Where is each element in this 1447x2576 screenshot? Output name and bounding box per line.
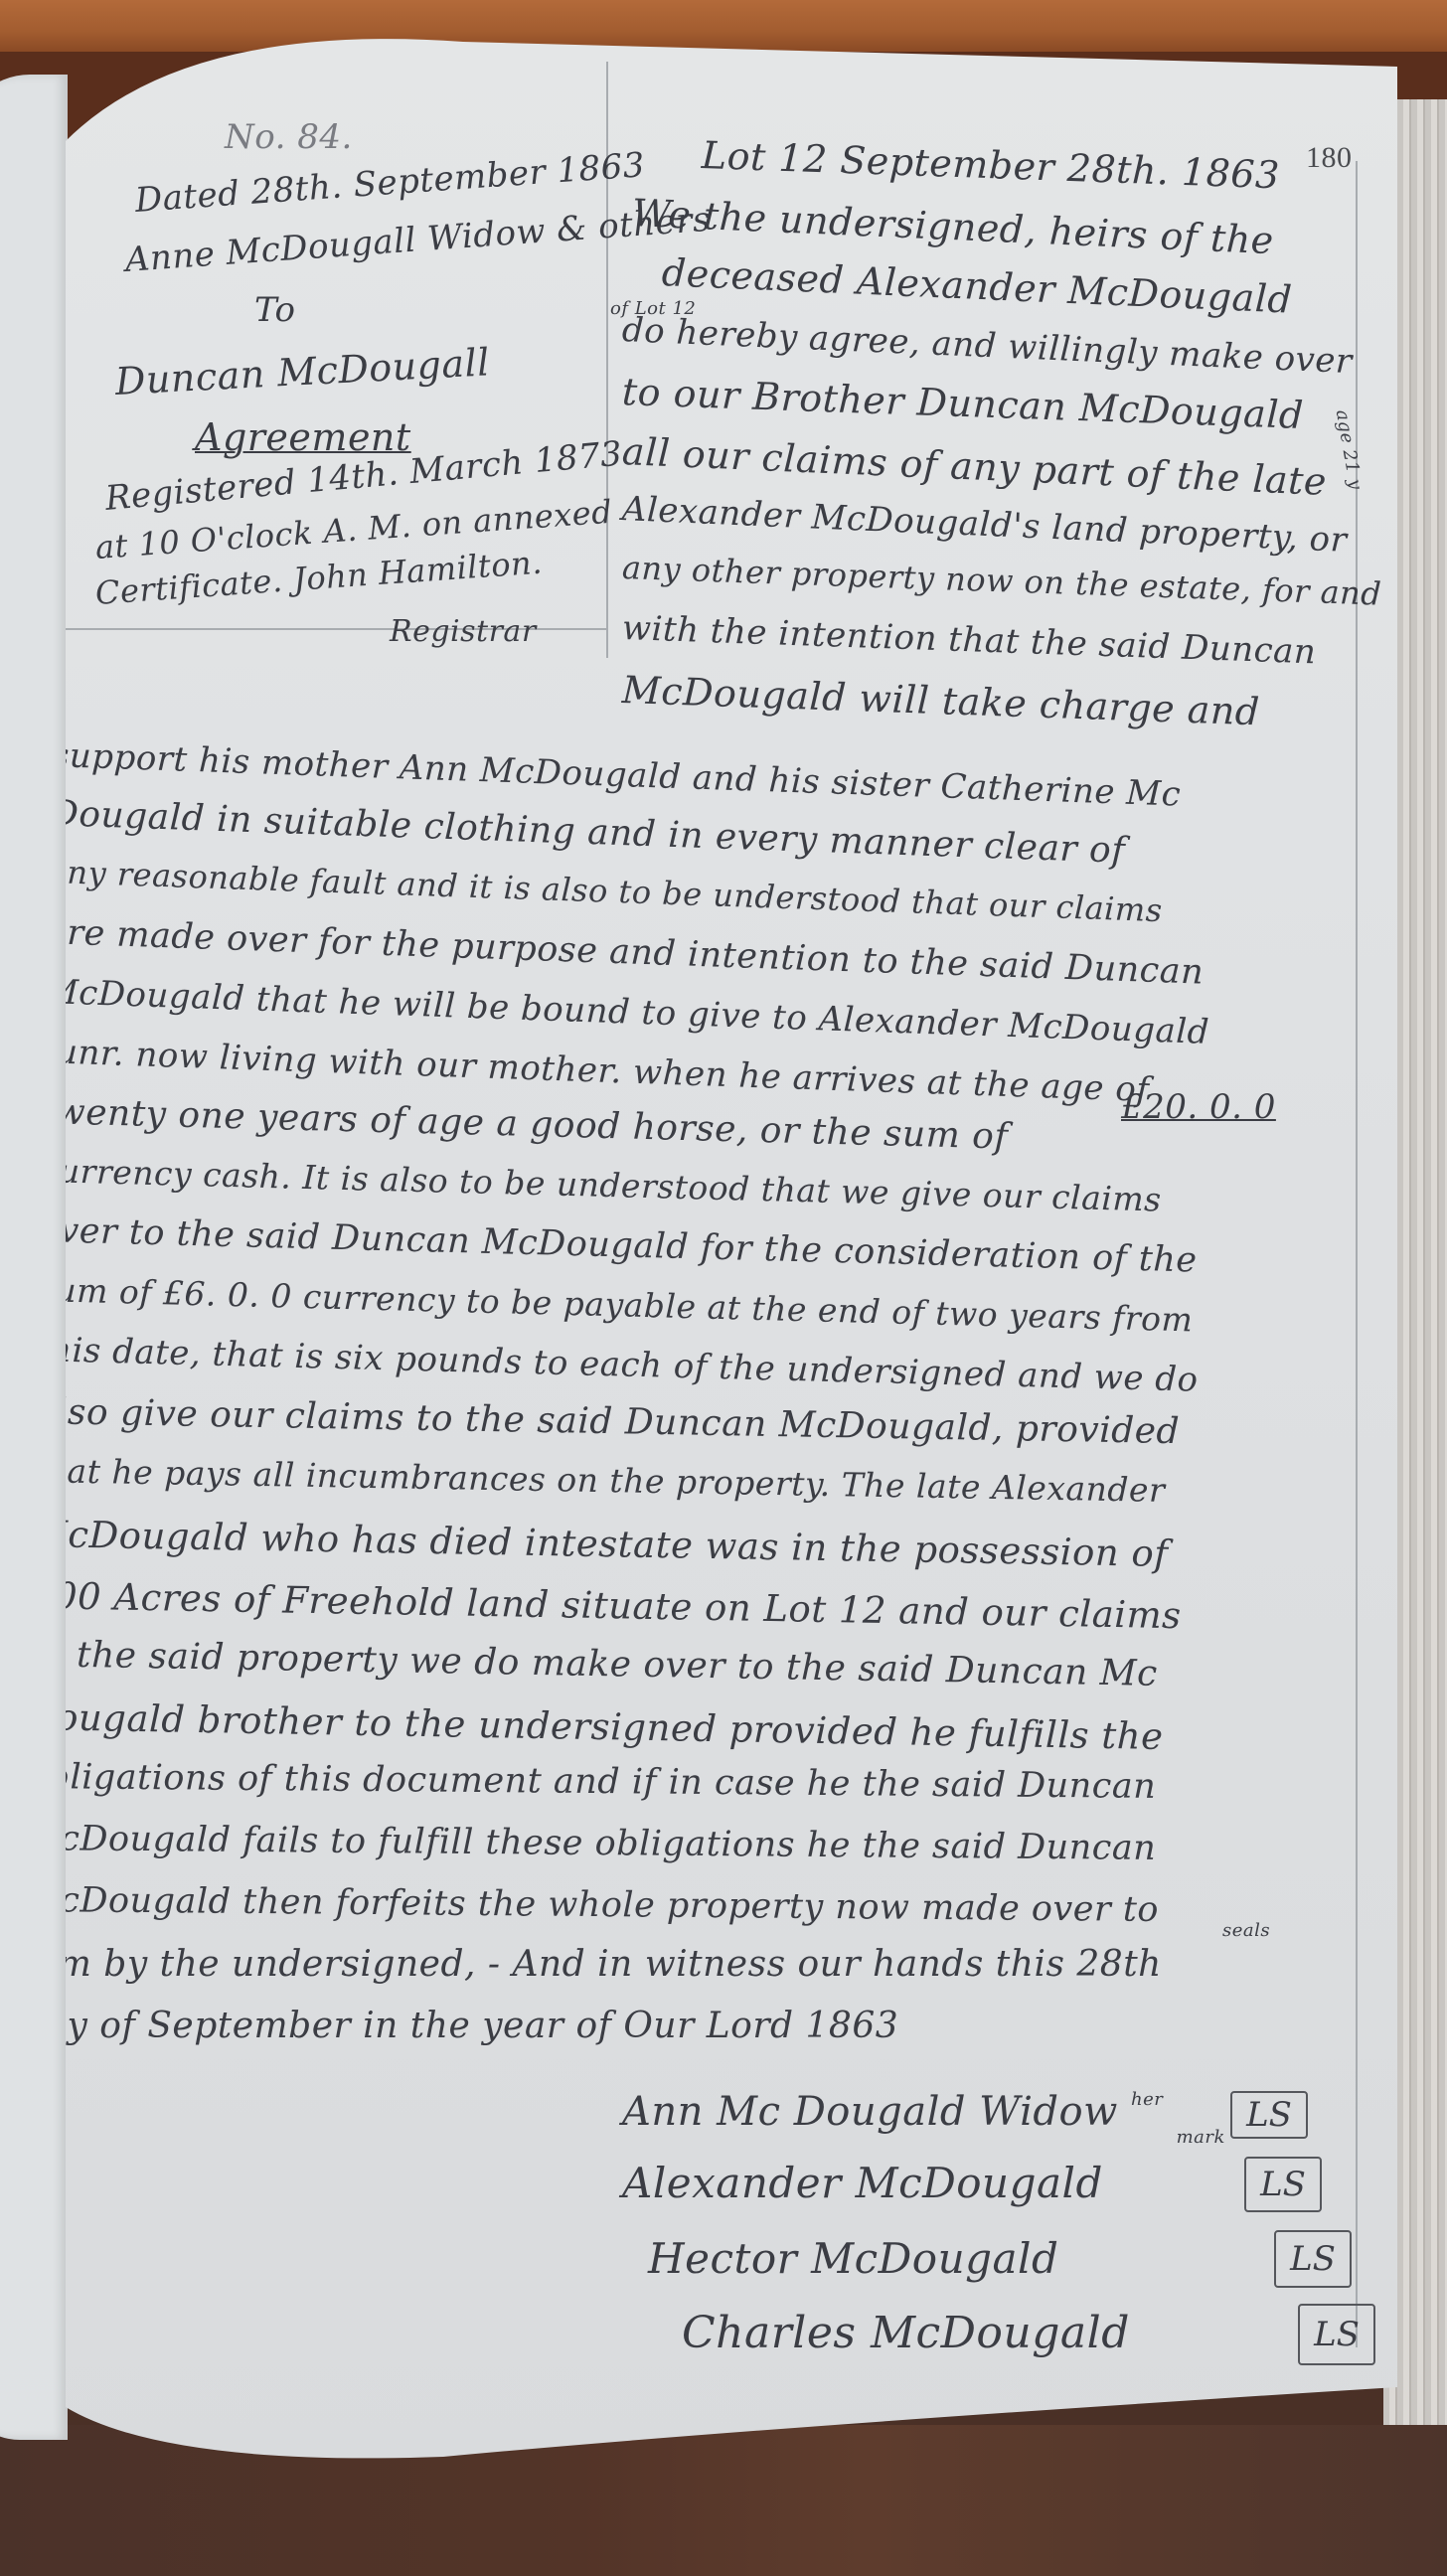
seal-ls-4: LS xyxy=(1298,2304,1375,2365)
ledger-page: 180 No. 84. Dated 28th. September 1863 A… xyxy=(66,22,1397,2487)
deed-line: McDougald will take charge and xyxy=(621,668,1260,733)
deed-line: to the said property we do make over to … xyxy=(28,1634,1158,1694)
abstract-instrument: Agreement xyxy=(195,415,411,459)
deed-line: McDougald then forfeits the whole proper… xyxy=(24,1880,1159,1930)
horse-amount: £20. 0. 0 xyxy=(1121,1087,1276,1127)
page-number: 180 xyxy=(1306,141,1353,175)
deed-line: day of September in the year of Our Lord… xyxy=(22,2006,898,2046)
entry-number: No. 84. xyxy=(225,117,353,157)
deed-line: that he pays all incumbrances on the pro… xyxy=(32,1451,1166,1510)
deed-line: currency cash. It is also to be understo… xyxy=(39,1151,1162,1219)
deed-line: obligations of this document and if in c… xyxy=(26,1757,1157,1807)
signature-name: Ann Mc Dougald Widow xyxy=(622,2089,1118,2135)
deed-line: sum of £6. 0. 0 currency to be payable a… xyxy=(37,1270,1193,1339)
margin-insert-seals: seals xyxy=(1222,1920,1270,1941)
signature-note-mark: mark xyxy=(1177,2127,1225,2148)
deed-heading: Lot 12 September 28th. 1863 xyxy=(701,133,1280,197)
deed-line: to our Brother Duncan McDougald xyxy=(621,370,1304,437)
deed-line: McDougald fails to fulfill these obligat… xyxy=(24,1819,1157,1868)
signature-charles: Charles McDougald xyxy=(682,2308,1130,2358)
signature-hector: Hector McDougald xyxy=(648,2234,1058,2283)
deed-line: over to the said Duncan McDougald for th… xyxy=(37,1210,1198,1281)
abstract-parties-to: Duncan McDougall xyxy=(114,340,491,403)
abstract-to: To xyxy=(254,290,296,330)
signature-ann: Ann Mc Dougald Widow her mark xyxy=(622,2089,1225,2135)
margin-insert-age: age 21 y xyxy=(1332,408,1367,492)
deed-line: Dougald brother to the undersigned provi… xyxy=(26,1695,1164,1758)
deed-line: do hereby agree, and willingly make over xyxy=(621,310,1353,382)
left-page-edge xyxy=(0,75,68,2440)
wooden-shelf xyxy=(0,0,1447,52)
abstract-registrar: Registrar xyxy=(390,614,537,649)
deed-line: twenty one years of age a good horse, or… xyxy=(39,1091,1008,1157)
deed-line: also give our claims to the said Duncan … xyxy=(34,1391,1181,1452)
seal-ls-1: LS xyxy=(1230,2091,1308,2139)
signature-alexander: Alexander McDougald xyxy=(622,2159,1103,2207)
deed-line: We the undersigned, heirs of the xyxy=(631,191,1275,262)
deed-line: any other property now on the estate, fo… xyxy=(621,549,1382,613)
deed-line: McDougald who has died intestate was in … xyxy=(30,1513,1169,1575)
seal-ls-3: LS xyxy=(1274,2230,1352,2288)
deed-line: with the intention that the said Duncan xyxy=(621,608,1317,672)
deed-line: 100 Acres of Freehold land situate on Lo… xyxy=(30,1574,1182,1637)
signature-note-her: her xyxy=(1131,2089,1163,2110)
seal-ls-2: LS xyxy=(1244,2157,1322,2212)
deed-line: him by the undersigned, - And in witness… xyxy=(22,1944,1162,1985)
deed-line: this date, that is six pounds to each of… xyxy=(35,1330,1199,1400)
deed-line: deceased Alexander McDougald xyxy=(661,250,1293,322)
